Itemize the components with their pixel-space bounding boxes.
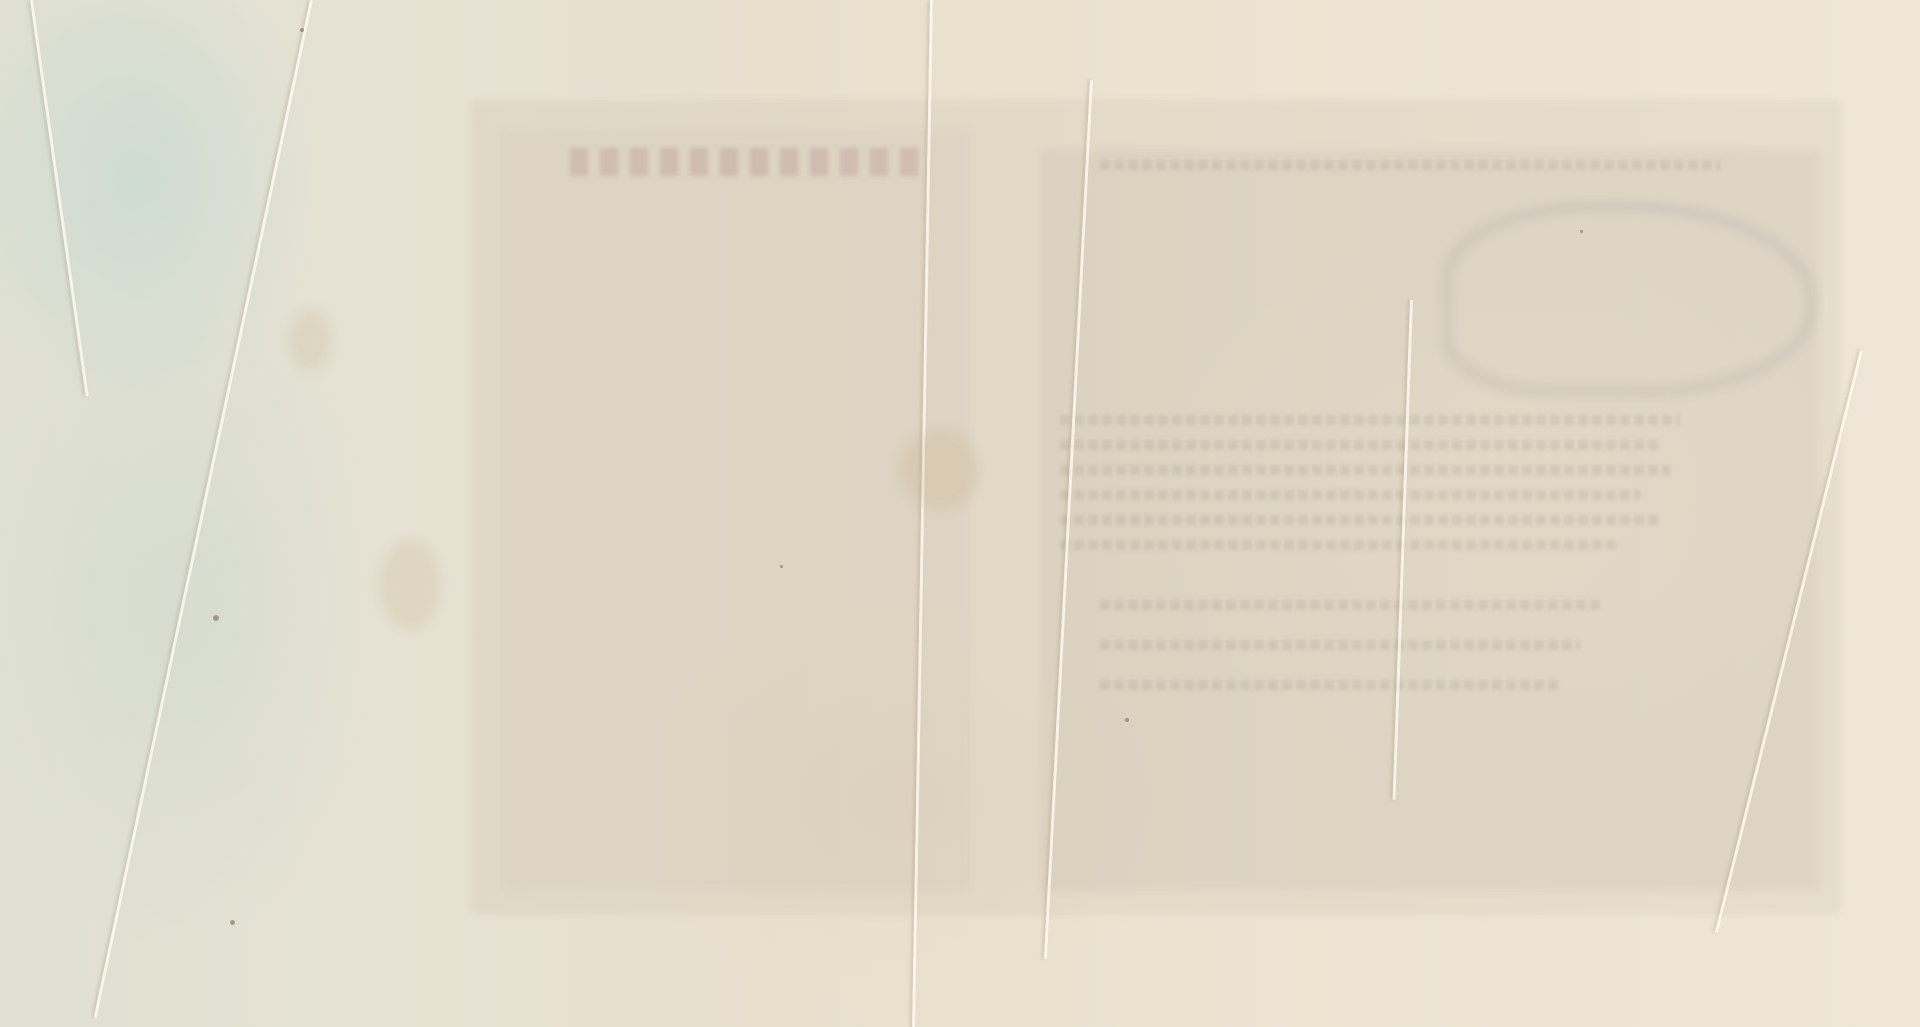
paper-scan bbox=[0, 0, 1920, 1027]
text-bleed-line bbox=[1060, 440, 1660, 450]
spot bbox=[230, 920, 235, 925]
text-bleed-line bbox=[1100, 640, 1580, 650]
text-bleed-line bbox=[1060, 515, 1660, 525]
text-bleed-line bbox=[1100, 160, 1720, 170]
spot bbox=[780, 565, 783, 568]
text-bleed-line bbox=[1060, 490, 1640, 500]
spot bbox=[213, 615, 219, 621]
stain bbox=[290, 310, 330, 370]
stain bbox=[900, 430, 980, 510]
crease bbox=[94, 0, 313, 1018]
text-bleed-line bbox=[1100, 680, 1560, 690]
text-bleed-line bbox=[1060, 465, 1670, 475]
text-bleed-line bbox=[1060, 415, 1680, 425]
serial-number-bleed bbox=[570, 148, 930, 176]
crease bbox=[30, 0, 89, 396]
bleed-through-left-panel bbox=[500, 130, 970, 890]
stain bbox=[380, 540, 440, 630]
text-bleed-line bbox=[1100, 600, 1600, 610]
spot bbox=[300, 28, 304, 32]
ornament-bleed bbox=[1440, 200, 1818, 398]
spot bbox=[1125, 718, 1129, 722]
text-bleed-line bbox=[1060, 540, 1620, 550]
spot bbox=[1580, 230, 1583, 233]
